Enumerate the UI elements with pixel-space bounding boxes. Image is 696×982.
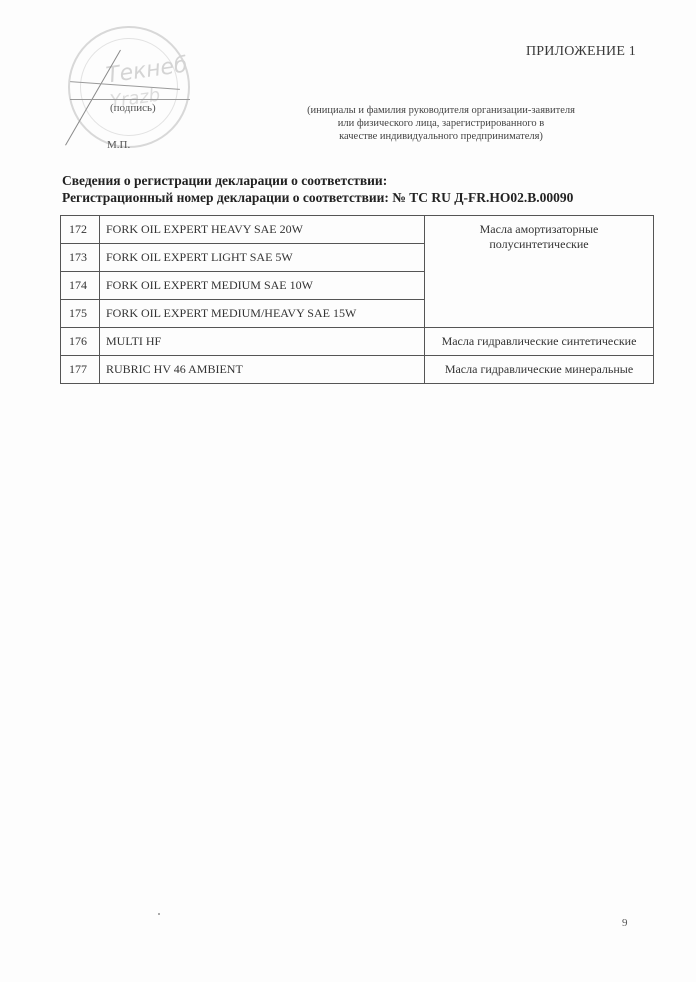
product-category: Масла гидравлические минеральные: [425, 356, 654, 384]
table-row: 172 FORK OIL EXPERT HEAVY SAE 20W Масла …: [61, 216, 654, 244]
initials-note-line: или физического лица, зарегистрированног…: [296, 117, 586, 130]
signature-line: [70, 99, 190, 100]
products-table: 172 FORK OIL EXPERT HEAVY SAE 20W Масла …: [60, 215, 654, 384]
category-line: Масла амортизаторные: [431, 222, 647, 237]
product-name: FORK OIL EXPERT HEAVY SAE 20W: [100, 216, 425, 244]
category-line: полусинтетические: [431, 237, 647, 252]
registration-label: Регистрационный номер декларации о соотв…: [62, 190, 389, 205]
signature-label: (подпись): [110, 102, 156, 114]
row-number: 177: [61, 356, 100, 384]
product-name: RUBRIC HV 46 AMBIENT: [100, 356, 425, 384]
stamp-text: Текнеб: [105, 52, 189, 88]
registration-line: Регистрационный номер декларации о соотв…: [62, 189, 573, 206]
initials-note: (инициалы и фамилия руководителя организ…: [296, 104, 586, 143]
product-category: Масла гидравлические синтетические: [425, 328, 654, 356]
initials-note-line: качестве индивидуального предпринимателя…: [296, 130, 586, 143]
row-number: 172: [61, 216, 100, 244]
registration-number: № ТС RU Д-FR.НО02.В.00090: [392, 190, 573, 205]
page-number: 9: [622, 917, 628, 929]
product-name: FORK OIL EXPERT MEDIUM SAE 10W: [100, 272, 425, 300]
row-number: 176: [61, 328, 100, 356]
seal-label: М.П.: [107, 139, 130, 151]
row-number: 174: [61, 272, 100, 300]
scan-speck: [158, 913, 160, 915]
section-title: Сведения о регистрации декларации о соот…: [62, 172, 573, 189]
product-name: FORK OIL EXPERT LIGHT SAE 5W: [100, 244, 425, 272]
row-number: 173: [61, 244, 100, 272]
appendix-label: ПРИЛОЖЕНИЕ 1: [526, 44, 636, 60]
table-row: 177 RUBRIC HV 46 AMBIENT Масла гидравлич…: [61, 356, 654, 384]
initials-note-line: (инициалы и фамилия руководителя организ…: [296, 104, 586, 117]
product-name: FORK OIL EXPERT MEDIUM/HEAVY SAE 15W: [100, 300, 425, 328]
row-number: 175: [61, 300, 100, 328]
table-row: 176 MULTI HF Масла гидравлические синтет…: [61, 328, 654, 356]
product-category: Масла амортизаторные полусинтетические: [425, 216, 654, 328]
company-stamp: Текнеб Yrazb: [68, 26, 190, 148]
product-name: MULTI HF: [100, 328, 425, 356]
section-heading: Сведения о регистрации декларации о соот…: [62, 172, 573, 206]
